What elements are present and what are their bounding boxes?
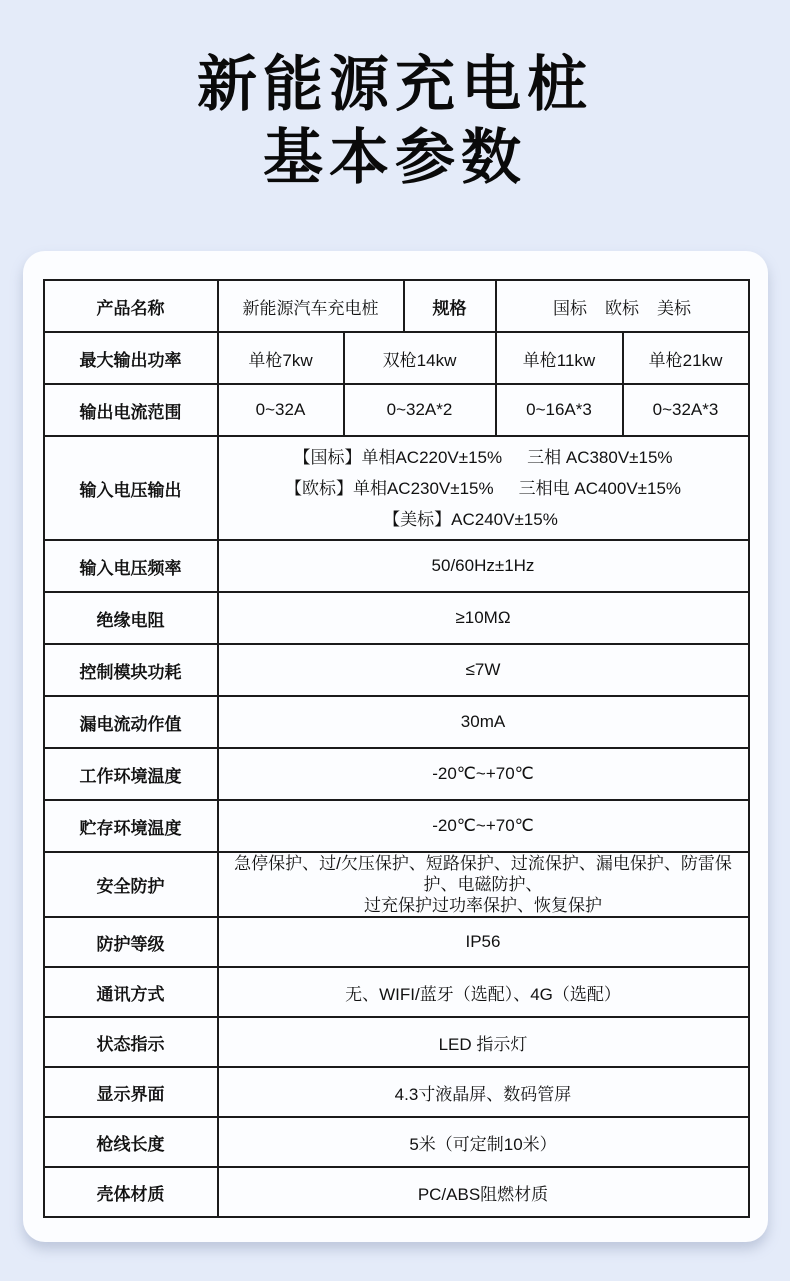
row-label: 绝缘电阻 — [44, 592, 218, 644]
row-value: 0~32A*3 — [623, 384, 749, 436]
title-line-2: 基本参数 — [0, 121, 790, 194]
row-value: 4.3寸液晶屏、数码管屏 — [218, 1067, 749, 1117]
row-label: 工作环境温度 — [44, 748, 218, 800]
table-row-communication: 通讯方式 无、WIFI/蓝牙（选配）、4G（选配） — [44, 967, 749, 1017]
voltage-line: 【欧标】单相AC230V±15%三相电 AC400V±15% — [219, 473, 748, 504]
table-row-shell-material: 壳体材质 PC/ABS阻燃材质 — [44, 1167, 749, 1217]
row-label: 防护等级 — [44, 917, 218, 967]
row-value: 30mA — [218, 696, 749, 748]
row-label: 贮存环境温度 — [44, 800, 218, 852]
spec-table: 产品名称 新能源汽车充电桩 规格 国标 欧标 美标 最大输出功率 单枪7kw 双… — [43, 279, 750, 1218]
table-row-leakage: 漏电流动作值 30mA — [44, 696, 749, 748]
page: 新能源充电桩 基本参数 产品名称 新能源汽车充电桩 规格 国标 欧标 — [0, 0, 790, 1281]
table-row-max-power: 最大输出功率 单枪7kw 双枪14kw 单枪11kw 单枪21kw — [44, 332, 749, 384]
safety-protection-cell: 急停保护、过/欠压保护、短路保护、过流保护、漏电保护、防雷保护、电磁防护、 过充… — [218, 852, 749, 917]
table-row-product: 产品名称 新能源汽车充电桩 规格 国标 欧标 美标 — [44, 280, 749, 332]
table-row-module-power: 控制模块功耗 ≤7W — [44, 644, 749, 696]
standard-option: 欧标 — [605, 294, 639, 319]
spec-card: 产品名称 新能源汽车充电桩 规格 国标 欧标 美标 最大输出功率 单枪7kw 双… — [23, 251, 768, 1242]
row-label: 状态指示 — [44, 1017, 218, 1067]
row-value: -20℃~+70℃ — [218, 748, 749, 800]
spec-standards: 国标 欧标 美标 — [497, 294, 748, 319]
row-value: 50/60Hz±1Hz — [218, 540, 749, 592]
table-row-frequency: 输入电压频率 50/60Hz±1Hz — [44, 540, 749, 592]
voltage-line: 【美标】AC240V±15% — [219, 504, 748, 535]
row-value: 0~16A*3 — [496, 384, 623, 436]
table-row-storage-temp: 贮存环境温度 -20℃~+70℃ — [44, 800, 749, 852]
row-value: -20℃~+70℃ — [218, 800, 749, 852]
table-row-insulation: 绝缘电阻 ≥10MΩ — [44, 592, 749, 644]
title-line-1: 新能源充电桩 — [0, 48, 790, 121]
table-row-output-current: 输出电流范围 0~32A 0~32A*2 0~16A*3 0~32A*3 — [44, 384, 749, 436]
row-label: 通讯方式 — [44, 967, 218, 1017]
row-label: 安全防护 — [44, 852, 218, 917]
row-label: 最大输出功率 — [44, 332, 218, 384]
row-label: 输出电流范围 — [44, 384, 218, 436]
page-title: 新能源充电桩 基本参数 — [0, 0, 790, 194]
row-label: 控制模块功耗 — [44, 644, 218, 696]
table-row-cable-length: 枪线长度 5米（可定制10米） — [44, 1117, 749, 1167]
table-row-ip-rating: 防护等级 IP56 — [44, 917, 749, 967]
table-row-display: 显示界面 4.3寸液晶屏、数码管屏 — [44, 1067, 749, 1117]
row-label: 显示界面 — [44, 1067, 218, 1117]
row-value: ≤7W — [218, 644, 749, 696]
row-value: PC/ABS阻燃材质 — [218, 1167, 749, 1217]
row-value: ≥10MΩ — [218, 592, 749, 644]
row-label: 壳体材质 — [44, 1167, 218, 1217]
row-value: 0~32A — [218, 384, 344, 436]
row-value: IP56 — [218, 917, 749, 967]
row-value: 0~32A*2 — [344, 384, 496, 436]
voltage-line: 【国标】单相AC220V±15%三相 AC380V±15% — [219, 442, 748, 473]
standard-option: 国标 — [553, 294, 587, 319]
row-value: 无、WIFI/蓝牙（选配）、4G（选配） — [218, 967, 749, 1017]
table-row-working-temp: 工作环境温度 -20℃~+70℃ — [44, 748, 749, 800]
table-row-safety: 安全防护 急停保护、过/欠压保护、短路保护、过流保护、漏电保护、防雷保护、电磁防… — [44, 852, 749, 917]
spec-standards-cell: 国标 欧标 美标 — [496, 280, 749, 332]
standard-option: 美标 — [657, 294, 691, 319]
row-value: 单枪7kw — [218, 332, 344, 384]
row-value: LED 指示灯 — [218, 1017, 749, 1067]
row-value: 5米（可定制10米） — [218, 1117, 749, 1167]
row-label: 输入电压频率 — [44, 540, 218, 592]
row-label: 漏电流动作值 — [44, 696, 218, 748]
row-value: 单枪21kw — [623, 332, 749, 384]
input-voltage-cell: 【国标】单相AC220V±15%三相 AC380V±15% 【欧标】单相AC23… — [218, 436, 749, 540]
row-label: 输入电压输出 — [44, 436, 218, 540]
product-name-value: 新能源汽车充电桩 — [218, 280, 404, 332]
row-value: 双枪14kw — [344, 332, 496, 384]
safety-line: 急停保护、过/欠压保护、短路保护、过流保护、漏电保护、防雷保护、电磁防护、 — [219, 853, 748, 895]
spec-header-label: 规格 — [404, 280, 496, 332]
table-row-status-indicator: 状态指示 LED 指示灯 — [44, 1017, 749, 1067]
row-label: 枪线长度 — [44, 1117, 218, 1167]
safety-line: 过充保护过功率保护、恢复保护 — [219, 895, 748, 916]
table-row-input-voltage: 输入电压输出 【国标】单相AC220V±15%三相 AC380V±15% 【欧标… — [44, 436, 749, 540]
row-label: 产品名称 — [44, 280, 218, 332]
row-value: 单枪11kw — [496, 332, 623, 384]
